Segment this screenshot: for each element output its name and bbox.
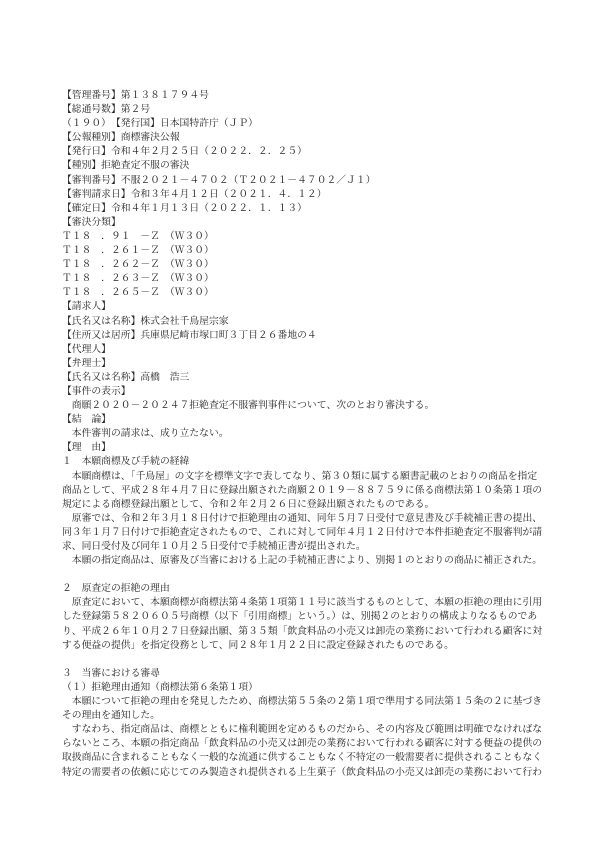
- doc-line-section1-heading: １ 本願商標及び手続の経緯: [62, 455, 562, 469]
- doc-line-body: した登録第５８２０６０５号商標（以下「引用商標」という。）は、別掲２のとおりの構…: [62, 610, 562, 624]
- doc-line-final-date: 【確定日】令和４年１月１３日（２０２２．１．１３）: [62, 202, 562, 216]
- doc-line-appeal-request-date: 【審判請求日】令和３年４月１２日（２０２１．４．１２）: [62, 188, 562, 202]
- doc-line-claimant-name: 【氏名又は名称】株式会社千鳥屋宗家: [62, 315, 562, 329]
- doc-line-body: 規定による商標登録出願として、令和２年２月２６日に登録出願されたものである。: [62, 498, 562, 512]
- doc-line-body: 求、同日受付及び同年１０月２５日受付で手続補正書が提出された。: [62, 540, 562, 554]
- doc-line-issuing-country: （１９０） 【発行国】日本国特許庁（ＪＰ）: [62, 117, 562, 131]
- doc-line-attorney-label: 【弁理士】: [62, 357, 562, 371]
- doc-line-decision-class: Ｔ１８ ．２６５－Ｚ （Ｗ３０）: [62, 286, 562, 300]
- doc-line-decision-class: Ｔ１８ ．２６３－Ｚ （Ｗ３０）: [62, 272, 562, 286]
- doc-line-body: する便益の提供」を指定役務として、同２８年１月２２日に設定登録されたものである。: [62, 639, 562, 653]
- doc-line-agent-label: 【代理人】: [62, 343, 562, 357]
- doc-line-body: らないところ、本願の指定商品「飲食料品の小売又は卸売の業務において行われる顧客に…: [62, 737, 562, 751]
- doc-line-attorney-name: 【氏名又は名称】高橋 浩三: [62, 371, 562, 385]
- doc-line-claimant-address: 【住所又は居所】兵庫県尼崎市塚口町３丁目２６番地の４: [62, 329, 562, 343]
- doc-line-conclusion-label: 【結 論】: [62, 413, 562, 427]
- doc-line-decision-class: Ｔ１８ ．２６２－Ｚ （Ｗ３０）: [62, 258, 562, 272]
- doc-line-decision-class: Ｔ１８ ．２６１－Ｚ （Ｗ３０）: [62, 244, 562, 258]
- doc-line-decision-class: Ｔ１８ ．９１ －Ｚ （Ｗ３０）: [62, 230, 562, 244]
- doc-line-body: 取扱商品に含まれることもなく一般的な流通に供することもなく不特定の一般需要者に提…: [62, 751, 562, 765]
- doc-line-gazette-type: 【公報種別】商標審決公報: [62, 131, 562, 145]
- doc-line-body: り、平成２６年１０月２７日登録出願、第３５類「飲食料品の小売又は卸売の業務におい…: [62, 625, 562, 639]
- doc-line-body: 本願について拒絶の理由を発見したため、商標法第５５条の２第１項で準用する同法第１…: [62, 695, 562, 709]
- doc-line-blank: [62, 568, 562, 582]
- doc-line-subsection-heading: （１）拒絶理由通知（商標法第６条第１項）: [62, 681, 562, 695]
- doc-line-body: 本願の指定商品は、原審及び当審における上記の手続補正書により、別掲１のとおりの商…: [62, 554, 562, 568]
- doc-line-kind: 【種別】拒絶査定不服の審決: [62, 159, 562, 173]
- doc-line-body: 原査定において、本願商標が商標法第４条第１項第１１号に該当するものとして、本願の…: [62, 596, 562, 610]
- doc-line-conclusion-text: 本件審判の請求は、成り立たない。: [62, 427, 562, 441]
- doc-line-issue-date: 【発行日】令和４年２月２５日（２０２２．２．２５）: [62, 145, 562, 159]
- doc-line-decision-class-label: 【審決分類】: [62, 216, 562, 230]
- gazette-page: 【管理番号】第１３８１７９４号 【総通号数】第２号 （１９０） 【発行国】日本国…: [0, 0, 600, 849]
- doc-line-control-number: 【管理番号】第１３８１７９４号: [62, 89, 562, 103]
- doc-line-body: 商品として、平成２８年４月７日に登録出願された商願２０１９－８８７５９に係る商標…: [62, 484, 562, 498]
- doc-line-section2-heading: ２ 原査定の拒絶の理由: [62, 582, 562, 596]
- doc-line-blank: [62, 653, 562, 667]
- doc-line-body: 同３年１月７日付けで拒絶査定されたもので、これに対して同年４月１２日付けで本件拒…: [62, 526, 562, 540]
- doc-line-body: 原審では、令和２年３月１８日付けで拒絶理由の通知、同年５月７日受付で意見書及び手…: [62, 512, 562, 526]
- doc-line-case-statement: 商願２０２０－２０２４７拒絶査定不服審判事件について、次のとおり審決する。: [62, 399, 562, 413]
- doc-line-claimant-label: 【請求人】: [62, 300, 562, 314]
- doc-line-body: その理由を通知した。: [62, 709, 562, 723]
- doc-line-case-label: 【事件の表示】: [62, 385, 562, 399]
- doc-line-appeal-number: 【審判番号】不服２０２１－４７０２（Ｔ２０２１－４７０２／Ｊ１）: [62, 174, 562, 188]
- doc-line-body: 特定の需要者の依頼に応じてのみ製造され提供される上生菓子（飲食料品の小売又は卸売…: [62, 766, 562, 780]
- doc-line-body: すなわち、指定商品は、商標とともに権利範囲を定めるものだから、その内容及び範囲は…: [62, 723, 562, 737]
- doc-line-reason-label: 【理 由】: [62, 441, 562, 455]
- doc-line-body: 本願商標は、「千鳥屋」の文字を標準文字で表してなり、第３０類に属する願書記載のと…: [62, 470, 562, 484]
- doc-line-serial-number: 【総通号数】第２号: [62, 103, 562, 117]
- doc-line-section3-heading: ３ 当審における審尋: [62, 667, 562, 681]
- document-text: 【管理番号】第１３８１７９４号 【総通号数】第２号 （１９０） 【発行国】日本国…: [62, 89, 562, 780]
